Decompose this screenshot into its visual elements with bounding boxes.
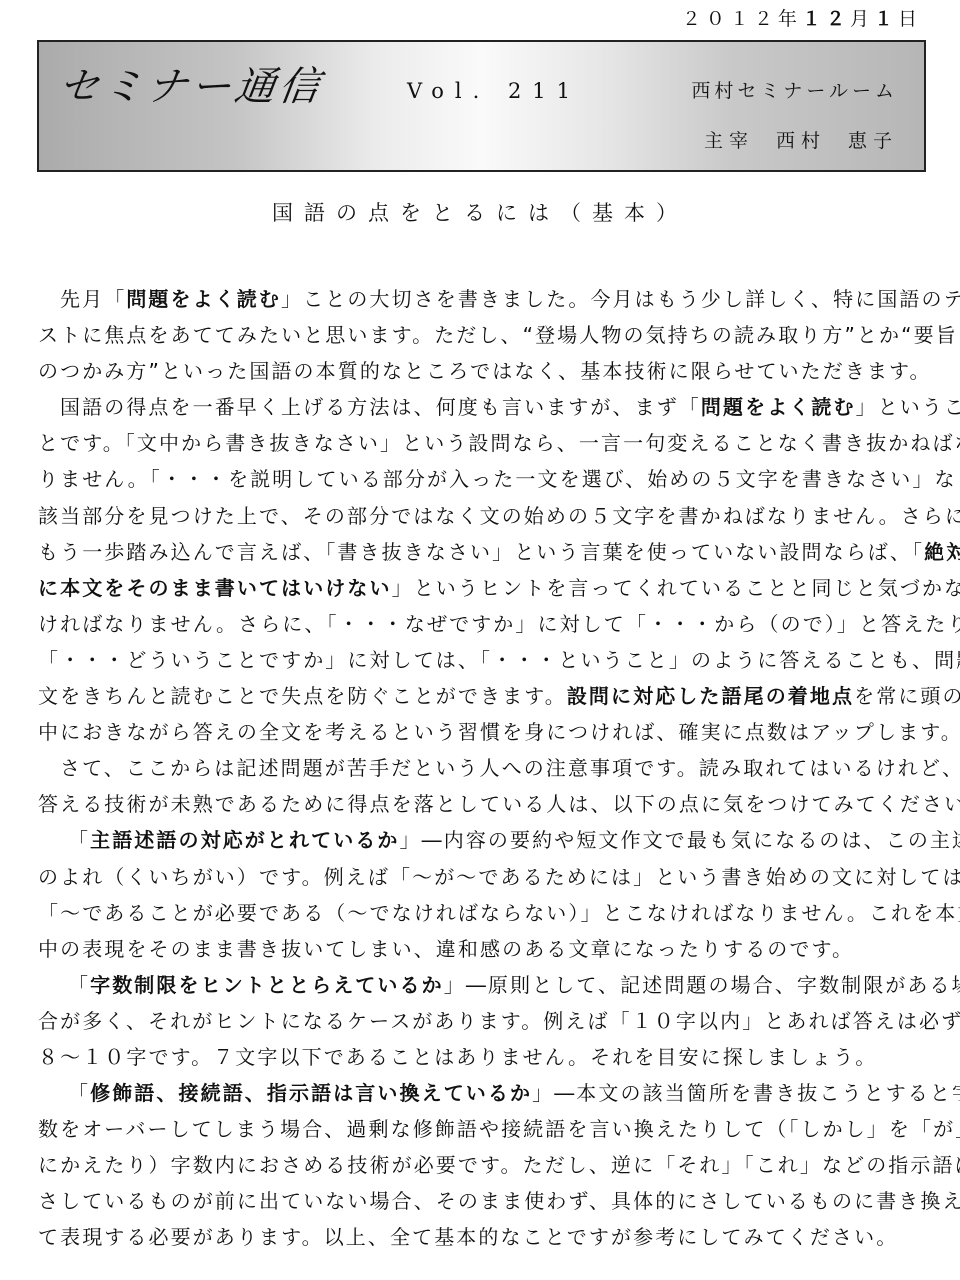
body-text: を常に頭の [854,684,960,708]
emphasized-text: に本文をそのまま書いてはいけない [38,576,392,600]
article-title: 国語の点をとるには（基本） [0,198,960,228]
article-line: のよれ（くいちがい）です。例えば「～が～であるためには」という書き始めの文に対し… [38,859,928,895]
article-line: のつかみ方”といった国語の本質的なところではなく、基本技術に限らせていただきます… [38,353,928,389]
body-text: のよれ（くいちがい）です。例えば「～が～であるためには」という書き始めの文に対し… [38,865,960,889]
body-text: もう一歩踏み込んで言えば、「書き抜きなさい」という言葉を使っていない設問ならば、… [38,540,924,564]
article-line: 「字数制限をヒントととらえているか」―原則として、記述問題の場合、字数制限がある… [38,967,928,1003]
article-line: 国語の得点を一番早く上げる方法は、何度も言いますが、まず「問題をよく読む」という… [38,389,928,425]
body-text: のつかみ方”といった国語の本質的なところではなく、基本技術に限らせていただきます… [38,359,932,383]
emphasized-text: 字数制限をヒントととらえているか [90,973,444,997]
body-text: 」というこ [856,395,960,419]
author-line: 主宰西村恵子 [704,128,898,154]
body-text: 」―本文の該当箇所を書き抜こうとすると字 [532,1081,960,1105]
date-day: １ [874,8,898,30]
body-text: 」―原則として、記述問題の場合、字数制限がある場 [444,973,960,997]
article-line: 答える技術が未熟であるために得点を落としている人は、以下の点に気をつけてみてくだ… [38,786,928,822]
article-line: 文をきちんと読むことで失点を防ぐことができます。設問に対応した語尾の着地点を常に… [38,678,928,714]
body-text: とです。「文中から書き抜きなさい」という設問なら、一言一句変えることなく書き抜か… [38,431,960,455]
body-text: 中の表現をそのまま書き抜いてしまい、違和感のある文章になったりするのです。 [38,937,854,961]
article-line: さしているものが前に出ていない場合、そのまま使わず、具体的にさしているものに書き… [38,1183,928,1219]
article-line: 「主語述語の対応がとれているか」―内容の要約や短文作文で最も気になるのは、この主… [38,822,928,858]
article-line: ければなりません。さらに、「・・・なぜですか」に対して「・・・から（ので）」と答… [38,606,928,642]
body-text: て表現する必要があります。以上、全て基本的なことですが参考にしてみてください。 [38,1225,898,1249]
body-text: 「・・・どういうことですか」に対しては、「・・・ということ」のように答えることも… [38,648,960,672]
emphasized-text: 絶対 [924,540,960,564]
article-line: 「・・・どういうことですか」に対しては、「・・・ということ」のように答えることも… [38,642,928,678]
body-text: 「 [68,828,90,852]
body-text: ８～１０字です。７文字以下であることはありません。それを目安に探しましょう。 [38,1045,877,1069]
article-line: 先月「問題をよく読む」ことの大切さを書きました。今月はもう少し詳しく、特に国語の… [38,281,928,317]
body-text: 数をオーバーしてしまう場合、過剰な修飾語や接続語を言い換えたりして（「しかし」を… [38,1117,960,1141]
article-line: 中におきながら答えの全文を考えるという習慣を身につければ、確実に点数はアップしま… [38,714,928,750]
body-text: 該当部分を見つけた上で、その部分ではなく文の始めの５文字を書かねばなりません。さ… [38,504,960,528]
article-line: 該当部分を見つけた上で、その部分ではなく文の始めの５文字を書かねばなりません。さ… [38,498,928,534]
article-line: さて、ここからは記述問題が苦手だという人への注意事項です。読み取れてはいるけれど… [38,750,928,786]
article-line: に本文をそのまま書いてはいけない」というヒントを言ってくれていることと同じと気づ… [38,570,928,606]
article-line: 中の表現をそのまま書き抜いてしまい、違和感のある文章になったりするのです。 [38,931,928,967]
author-given-name: 恵子 [848,128,898,154]
date-year: ２０１２年 [682,8,802,30]
body-text: さしているものが前に出ていない場合、そのまま使わず、具体的にさしているものに書き… [38,1189,960,1213]
newsletter-title: セミナー通信 [55,62,326,112]
emphasized-text: 設問に対応した語尾の着地点 [567,684,854,708]
body-text: さて、ここからは記述問題が苦手だという人への注意事項です。読み取れてはいるけれど… [60,756,960,780]
article-line: とです。「文中から書き抜きなさい」という設問なら、一言一句変えることなく書き抜か… [38,425,928,461]
newsletter-header: セミナー通信 Vol. 211 西村セミナールーム 主宰西村恵子 [37,40,926,172]
emphasized-text: 問題をよく読む [126,287,281,311]
article-line: て表現する必要があります。以上、全て基本的なことですが参考にしてみてください。 [38,1219,928,1255]
body-text: ストに焦点をあててみたいと思います。ただし、“登場人物の気持ちの読み取り方”とか… [38,323,958,347]
body-text: りません。「・・・を説明している部分が入った一文を選び、始めの５文字を書きなさい… [38,467,960,491]
body-text: 先月「 [60,287,126,311]
article-line: ストに焦点をあててみたいと思います。ただし、“登場人物の気持ちの読み取り方”とか… [38,317,928,353]
volume-number: Vol. 211 [407,78,581,104]
emphasized-text: 修飾語、接続語、指示語は言い換えているか [90,1081,532,1105]
body-text: 「 [68,973,90,997]
article-line: りません。「・・・を説明している部分が入った一文を選び、始めの５文字を書きなさい… [38,461,928,497]
body-text: 」というヒントを言ってくれていることと同じと気づかな [392,576,960,600]
body-text: 答える技術が未熟であるために得点を落としている人は、以下の点に気をつけてみてくだ… [38,792,960,816]
organization-name: 西村セミナールーム [691,78,898,104]
article-line: 合が多く、それがヒントになるケースがあります。例えば「１０字以内」とあれば答えは… [38,1003,928,1039]
date-month: １２ [802,8,850,30]
body-text: ければなりません。さらに、「・・・なぜですか」に対して「・・・から（ので）」と答… [38,612,960,636]
article-line: 数をオーバーしてしまう場合、過剰な修飾語や接続語を言い換えたりして（「しかし」を… [38,1111,928,1147]
body-text: 「～であることが必要である（～でなければならない）」とこなければなりません。これ… [38,901,960,925]
date-day-suffix: 日 [898,8,922,30]
article-line: ８～１０字です。７文字以下であることはありません。それを目安に探しましょう。 [38,1039,928,1075]
body-text: 国語の得点を一番早く上げる方法は、何度も言いますが、まず「 [60,395,701,419]
body-text: にかえたり）字数内におさめる技術が必要です。ただし、逆に「それ」「これ」などの指… [38,1153,960,1177]
article-line: もう一歩踏み込んで言えば、「書き抜きなさい」という言葉を使っていない設問ならば、… [38,534,928,570]
body-text: 中におきながら答えの全文を考えるという習慣を身につければ、確実に点数はアップしま… [38,720,960,744]
author-family-name: 西村 [776,128,826,154]
article-line: 「修飾語、接続語、指示語は言い換えているか」―本文の該当箇所を書き抜こうとすると… [38,1075,928,1111]
author-role: 主宰 [704,128,754,154]
body-text: 文をきちんと読むことで失点を防ぐことができます。 [38,684,567,708]
article-line: にかえたり）字数内におさめる技術が必要です。ただし、逆に「それ」「これ」などの指… [38,1147,928,1183]
date-month-suffix: 月 [850,8,874,30]
body-text: 「 [68,1081,90,1105]
article-line: 「～であることが必要である（～でなければならない）」とこなければなりません。これ… [38,895,928,931]
issue-date: ２０１２年１２月１日 [682,6,922,32]
emphasized-text: 問題をよく読む [701,395,856,419]
emphasized-text: 主語述語の対応がとれているか [90,828,399,852]
body-text: 」ことの大切さを書きました。今月はもう少し詳しく、特に国語のテ [281,287,960,311]
body-text: 合が多く、それがヒントになるケースがあります。例えば「１０字以内」とあれば答えは… [38,1009,960,1033]
body-text: 」―内容の要約や短文作文で最も気になるのは、この主述 [400,828,960,852]
article-body: 先月「問題をよく読む」ことの大切さを書きました。今月はもう少し詳しく、特に国語の… [38,281,928,1256]
